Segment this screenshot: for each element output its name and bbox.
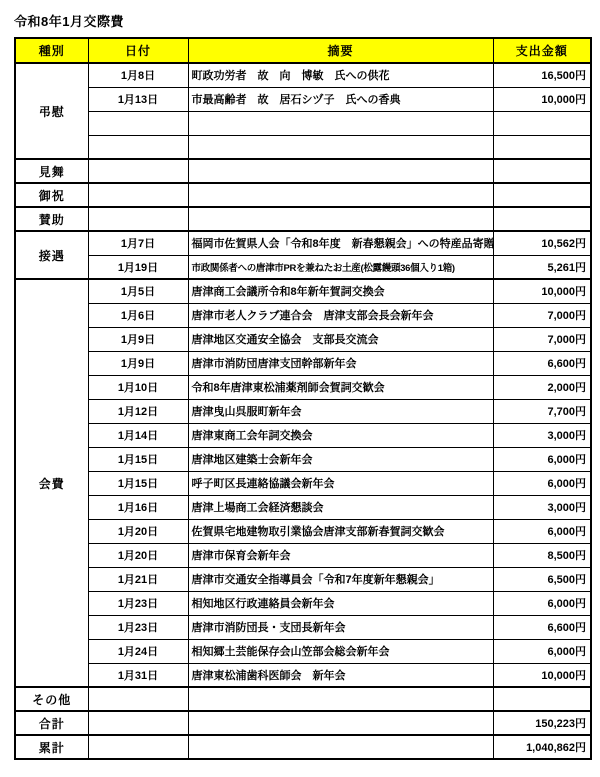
table-row: 1月6日唐津市老人クラブ連合会 唐津支部会長会新年会7,000円: [15, 303, 591, 327]
date-cell: 1月8日: [88, 63, 188, 87]
col-header-type: 種別: [15, 38, 88, 63]
table-row: 1月15日唐津地区建築士会新年会6,000円: [15, 447, 591, 471]
table-row: [15, 135, 591, 159]
table-row: 御祝: [15, 183, 591, 207]
date-cell: [88, 183, 188, 207]
table-header-row: 種別 日付 摘要 支出金額: [15, 38, 591, 63]
summary-cell: 唐津東松浦歯科医師会 新年会: [188, 663, 493, 687]
amount-cell: 6,000円: [493, 591, 591, 615]
amount-cell: 3,000円: [493, 423, 591, 447]
summary-cell: 唐津地区建築士会新年会: [188, 447, 493, 471]
page-title: 令和8年1月交際費: [14, 11, 600, 30]
amount-cell: [493, 207, 591, 231]
date-cell: 1月9日: [88, 327, 188, 351]
amount-cell: 3,000円: [493, 495, 591, 519]
category-cell: 弔慰: [15, 63, 88, 159]
amount-cell: 6,600円: [493, 351, 591, 375]
table-row: 1月9日唐津市消防団唐津支団幹部新年会6,600円: [15, 351, 591, 375]
summary-cell: 唐津商工会議所令和8年新年賀詞交換会: [188, 279, 493, 303]
summary-cell: 呼子町区長連絡協議会新年会: [188, 471, 493, 495]
summary-cell: 唐津市保育会新年会: [188, 543, 493, 567]
amount-cell: 10,000円: [493, 87, 591, 111]
expense-table-body: 弔慰1月8日町政功労者 故 向 博敏 氏への供花16,500円1月13日市最高齢…: [15, 63, 591, 759]
date-cell: 1月20日: [88, 519, 188, 543]
summary-cell: [188, 735, 493, 759]
table-row: 見舞: [15, 159, 591, 183]
date-cell: 1月23日: [88, 615, 188, 639]
category-cell: 合計: [15, 711, 88, 735]
summary-cell: 市政関係者への唐津市PRを兼ねたお土産(松露饅頭36個入り1箱): [188, 255, 493, 279]
table-row: 1月20日佐賀県宅地建物取引業協会唐津支部新春賀詞交歓会6,000円: [15, 519, 591, 543]
amount-cell: 6,600円: [493, 615, 591, 639]
col-header-date: 日付: [88, 38, 188, 63]
category-cell: その他: [15, 687, 88, 711]
table-row: 1月16日唐津上場商工会経済懇談会3,000円: [15, 495, 591, 519]
date-cell: 1月5日: [88, 279, 188, 303]
summary-cell: [188, 711, 493, 735]
amount-cell: 7,700円: [493, 399, 591, 423]
category-cell: 累計: [15, 735, 88, 759]
summary-cell: [188, 207, 493, 231]
summary-cell: 唐津上場商工会経済懇談会: [188, 495, 493, 519]
summary-cell: 相知郷土芸能保存会山笠部会総会新年会: [188, 639, 493, 663]
amount-cell: [493, 111, 591, 135]
summary-cell: [188, 159, 493, 183]
amount-cell: [493, 687, 591, 711]
date-cell: [88, 159, 188, 183]
table-row: 1月23日唐津市消防団長・支団長新年会6,600円: [15, 615, 591, 639]
table-row: 1月9日唐津地区交通安全協会 支部長交流会7,000円: [15, 327, 591, 351]
date-cell: [88, 711, 188, 735]
summary-cell: 唐津市消防団長・支団長新年会: [188, 615, 493, 639]
category-cell: 御祝: [15, 183, 88, 207]
date-cell: [88, 207, 188, 231]
summary-cell: 唐津市交通安全指導員会「令和7年度新年懇親会」: [188, 567, 493, 591]
amount-cell: [493, 183, 591, 207]
date-cell: 1月15日: [88, 447, 188, 471]
table-row: 1月20日唐津市保育会新年会8,500円: [15, 543, 591, 567]
date-cell: 1月7日: [88, 231, 188, 255]
date-cell: 1月10日: [88, 375, 188, 399]
table-row: 接遇1月7日福岡市佐賀県人会「令和8年度 新春懇親会」への特産品寄贈10,562…: [15, 231, 591, 255]
date-cell: 1月12日: [88, 399, 188, 423]
table-row: 1月21日唐津市交通安全指導員会「令和7年度新年懇親会」6,500円: [15, 567, 591, 591]
table-row: 1月13日市最高齢者 故 居石シヅ子 氏への香典10,000円: [15, 87, 591, 111]
table-row: 賛助: [15, 207, 591, 231]
summary-cell: 唐津市老人クラブ連合会 唐津支部会長会新年会: [188, 303, 493, 327]
table-row: 会費1月5日唐津商工会議所令和8年新年賀詞交換会10,000円: [15, 279, 591, 303]
table-row: 合計150,223円: [15, 711, 591, 735]
document-page: 令和8年1月交際費 種別 日付 摘要 支出金額 弔慰1月8日町政功労者 故 向 …: [0, 0, 600, 777]
category-cell: 会費: [15, 279, 88, 687]
amount-cell: [493, 159, 591, 183]
category-cell: 賛助: [15, 207, 88, 231]
col-header-amount: 支出金額: [493, 38, 591, 63]
expense-table: 種別 日付 摘要 支出金額 弔慰1月8日町政功労者 故 向 博敏 氏への供花16…: [14, 37, 592, 760]
date-cell: [88, 735, 188, 759]
table-row: [15, 111, 591, 135]
date-cell: 1月9日: [88, 351, 188, 375]
date-cell: 1月31日: [88, 663, 188, 687]
summary-cell: 唐津東商工会年詞交換会: [188, 423, 493, 447]
summary-cell: 福岡市佐賀県人会「令和8年度 新春懇親会」への特産品寄贈: [188, 231, 493, 255]
summary-cell: 唐津地区交通安全協会 支部長交流会: [188, 327, 493, 351]
amount-cell: 10,000円: [493, 663, 591, 687]
table-row: 累計1,040,862円: [15, 735, 591, 759]
date-cell: 1月20日: [88, 543, 188, 567]
amount-cell: 6,000円: [493, 519, 591, 543]
amount-cell: 7,000円: [493, 327, 591, 351]
table-row: 1月31日唐津東松浦歯科医師会 新年会10,000円: [15, 663, 591, 687]
date-cell: 1月6日: [88, 303, 188, 327]
summary-cell: 唐津曳山呉服町新年会: [188, 399, 493, 423]
category-cell: 接遇: [15, 231, 88, 279]
amount-cell: 10,562円: [493, 231, 591, 255]
amount-cell: 2,000円: [493, 375, 591, 399]
date-cell: 1月16日: [88, 495, 188, 519]
summary-cell: 町政功労者 故 向 博敏 氏への供花: [188, 63, 493, 87]
date-cell: 1月21日: [88, 567, 188, 591]
summary-cell: 市最高齢者 故 居石シヅ子 氏への香典: [188, 87, 493, 111]
date-cell: 1月13日: [88, 87, 188, 111]
summary-cell: [188, 111, 493, 135]
amount-cell: 1,040,862円: [493, 735, 591, 759]
amount-cell: 6,000円: [493, 447, 591, 471]
table-row: 1月23日相知地区行政連絡員会新年会6,000円: [15, 591, 591, 615]
summary-cell: [188, 687, 493, 711]
table-row: 1月19日市政関係者への唐津市PRを兼ねたお土産(松露饅頭36個入り1箱)5,2…: [15, 255, 591, 279]
table-row: 1月10日令和8年唐津東松浦薬剤師会賀詞交歓会2,000円: [15, 375, 591, 399]
amount-cell: 16,500円: [493, 63, 591, 87]
summary-cell: 唐津市消防団唐津支団幹部新年会: [188, 351, 493, 375]
amount-cell: 6,000円: [493, 639, 591, 663]
col-header-summary: 摘要: [188, 38, 493, 63]
date-cell: 1月23日: [88, 591, 188, 615]
date-cell: 1月14日: [88, 423, 188, 447]
date-cell: [88, 687, 188, 711]
amount-cell: 10,000円: [493, 279, 591, 303]
summary-cell: [188, 183, 493, 207]
date-cell: [88, 135, 188, 159]
category-cell: 見舞: [15, 159, 88, 183]
table-row: 1月14日唐津東商工会年詞交換会3,000円: [15, 423, 591, 447]
date-cell: 1月19日: [88, 255, 188, 279]
summary-cell: [188, 135, 493, 159]
amount-cell: 6,000円: [493, 471, 591, 495]
table-row: 弔慰1月8日町政功労者 故 向 博敏 氏への供花16,500円: [15, 63, 591, 87]
summary-cell: 佐賀県宅地建物取引業協会唐津支部新春賀詞交歓会: [188, 519, 493, 543]
amount-cell: 8,500円: [493, 543, 591, 567]
amount-cell: 5,261円: [493, 255, 591, 279]
amount-cell: 150,223円: [493, 711, 591, 735]
table-row: 1月15日呼子町区長連絡協議会新年会6,000円: [15, 471, 591, 495]
date-cell: [88, 111, 188, 135]
summary-cell: 令和8年唐津東松浦薬剤師会賀詞交歓会: [188, 375, 493, 399]
table-row: 1月24日相知郷土芸能保存会山笠部会総会新年会6,000円: [15, 639, 591, 663]
summary-cell: 相知地区行政連絡員会新年会: [188, 591, 493, 615]
amount-cell: 7,000円: [493, 303, 591, 327]
date-cell: 1月24日: [88, 639, 188, 663]
amount-cell: [493, 135, 591, 159]
table-row: 1月12日唐津曳山呉服町新年会7,700円: [15, 399, 591, 423]
table-row: その他: [15, 687, 591, 711]
amount-cell: 6,500円: [493, 567, 591, 591]
date-cell: 1月15日: [88, 471, 188, 495]
